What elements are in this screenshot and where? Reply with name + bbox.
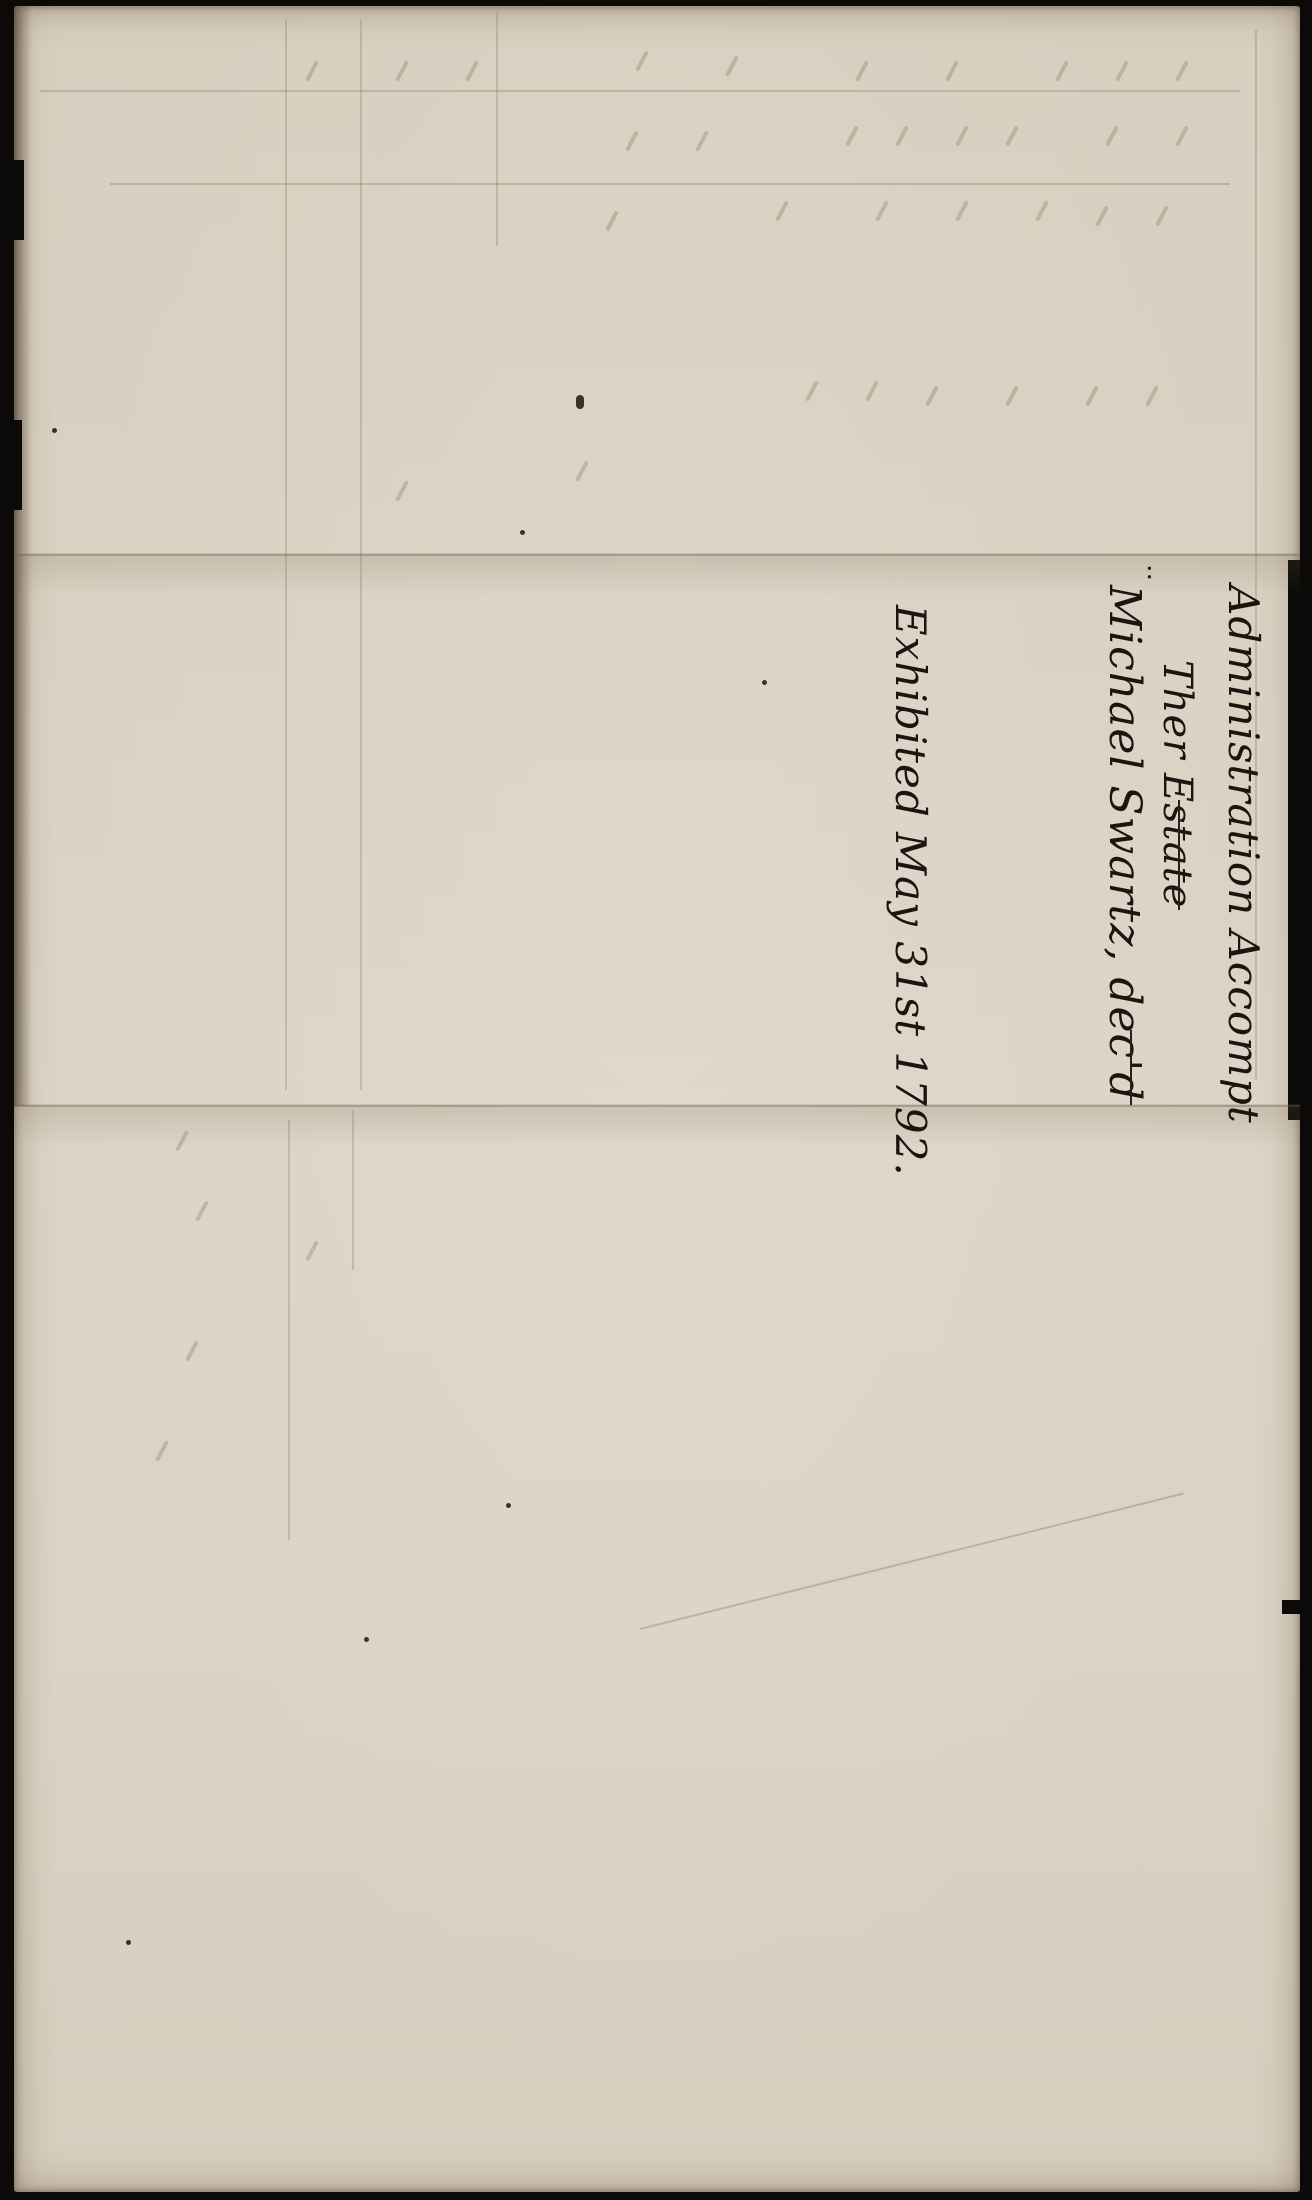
estate-underline xyxy=(1178,800,1180,910)
fold-crease-lower xyxy=(14,1104,1300,1108)
torn-edge xyxy=(14,160,24,240)
ink-blot xyxy=(576,395,584,409)
ink-speck xyxy=(126,1940,131,1945)
ledger-column xyxy=(288,1120,290,1540)
ledger-rule xyxy=(40,90,1240,92)
endorsement-title: Administration Accompt xyxy=(1219,585,1268,1124)
decedent-underline xyxy=(1130,1030,1132,1105)
ink-speck xyxy=(520,530,525,535)
ink-speck xyxy=(506,1503,511,1508)
ledger-column xyxy=(352,1110,354,1270)
fold-shadow xyxy=(14,1108,1300,1148)
endorsement-estate: Ther Estate xyxy=(1154,660,1200,908)
endorsement-decedent: Michael Swartz, dec'd xyxy=(1099,585,1150,1101)
ledger-column xyxy=(285,20,287,1090)
torn-edge xyxy=(1282,1600,1300,1614)
torn-edge xyxy=(14,420,22,510)
ledger-column xyxy=(360,20,362,1090)
ink-speck xyxy=(52,428,57,433)
colon-mark: : xyxy=(1145,555,1154,585)
ink-speck xyxy=(762,680,767,685)
fold-crease-upper xyxy=(14,553,1300,557)
right-edge-shadow xyxy=(1288,560,1300,1120)
ledger-column xyxy=(496,12,498,246)
endorsement-exhibited-date: Exhibited May 31st 1792. xyxy=(886,605,935,1177)
ink-speck xyxy=(364,1637,369,1642)
ledger-rule xyxy=(110,183,1230,185)
